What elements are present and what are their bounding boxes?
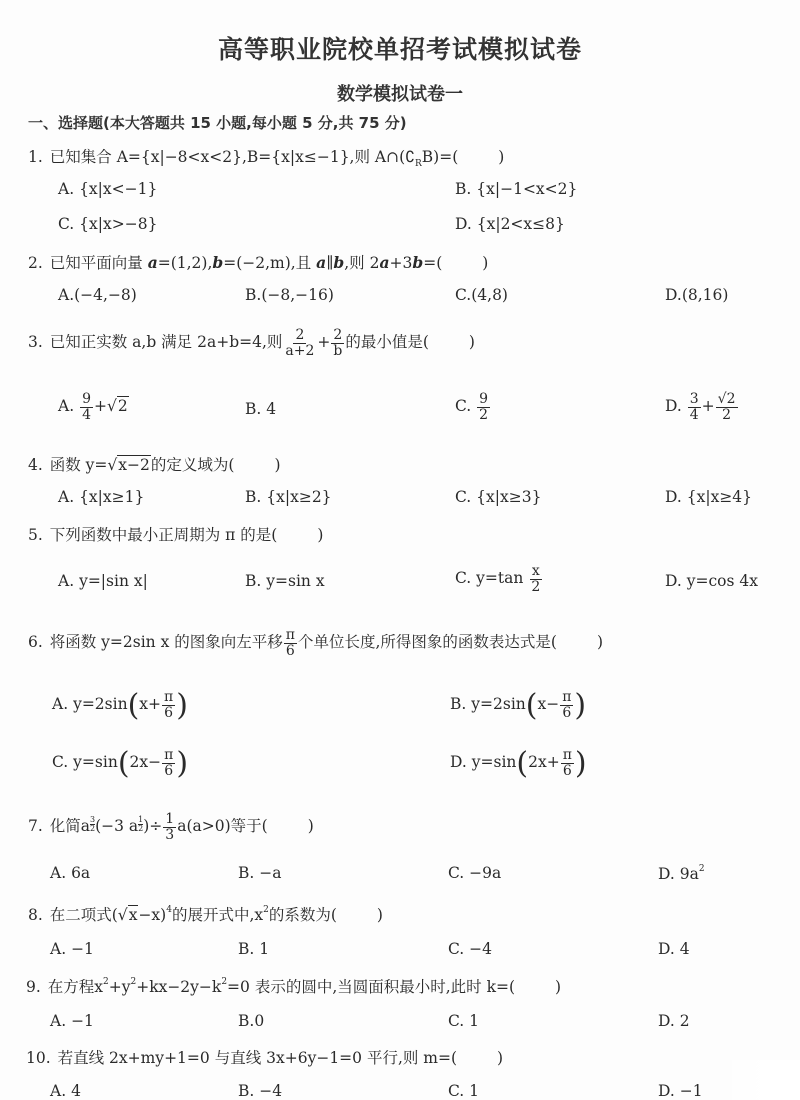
option-inner: 2x− (130, 753, 162, 771)
option-text: 0 (254, 1012, 264, 1030)
option-label: B. (245, 286, 261, 304)
option-text: 4 (71, 1082, 81, 1100)
superscript: 2 (699, 864, 705, 874)
denominator: b (331, 344, 344, 359)
q10-option-b: B. −4 (238, 1082, 282, 1100)
question-2: 2. 已知平面向量 a=(1,2),b=(−2,m),且 a∥b,则 2a+3b… (28, 251, 488, 273)
question-stem-end: =0 表示的圆中,当圆面积最小时,此时 k=( (227, 978, 515, 996)
question-number: 8. (28, 906, 43, 924)
option-label: D. (665, 286, 682, 304)
option-text: −4 (469, 940, 492, 958)
stem-part: )÷ (143, 817, 162, 835)
q8-option-a: A. −1 (50, 940, 94, 958)
stem-part: =(−2,m),且 (223, 254, 311, 272)
option-label: D. (658, 940, 675, 958)
question-number: 7. (28, 817, 43, 835)
q5-option-c: C. y=tan x2 (455, 564, 543, 594)
denominator: 6 (560, 706, 573, 721)
denominator: a+2 (283, 344, 316, 359)
option-label: C. (52, 753, 68, 771)
exam-title: 高等职业院校单招考试模拟试卷 (0, 30, 800, 66)
option-func: y=2sin (73, 695, 128, 713)
question-stem-text: 下列函数中最小正周期为 π 的是( (50, 526, 278, 544)
option-label: D. (658, 1082, 675, 1100)
question-5: 5. 下列函数中最小正周期为 π 的是() (28, 523, 323, 545)
q8-option-c: C. −4 (448, 940, 492, 958)
option-label: B. (245, 572, 261, 590)
question-10: 10. 若直线 2x+my+1=0 与直线 3x+6y−1=0 平行,则 m=(… (26, 1046, 503, 1068)
question-stem-text: 将函数 y=2sin x 的图象向左平移 (50, 633, 283, 651)
option-label: A. (58, 397, 74, 415)
denominator: 6 (162, 764, 175, 779)
denominator: 6 (561, 764, 574, 779)
q8-option-b: B. 1 (238, 940, 269, 958)
option-label: A. (52, 695, 68, 713)
q4-option-a: A. {x|x≥1} (58, 488, 144, 506)
numerator: π (561, 748, 574, 764)
q1-option-b: B. {x|−1<x<2} (455, 180, 577, 198)
question-stem-text: 已知集合 (50, 148, 112, 166)
question-4: 4. 函数 y=√x−2的定义域为() (28, 453, 281, 475)
question-7: 7. 化简a32(−3 a12)÷13a(a>0)等于() (28, 812, 314, 842)
q6-option-d: D. y=sin(2x+π6) (450, 746, 587, 781)
q2-option-c: C.(4,8) (455, 286, 508, 304)
stem-part: (−3 a (95, 817, 138, 835)
option-func: y=sin (73, 753, 118, 771)
numerator: π (560, 690, 573, 706)
fraction: 94 (80, 392, 93, 422)
option-text: y=tan (476, 569, 523, 587)
question-9: 9. 在方程x2+y2+kx−2y−k2=0 表示的圆中,当圆面积最小时,此时 … (26, 975, 561, 997)
option-label: D. (658, 1012, 675, 1030)
q9-option-c: C. 1 (448, 1012, 479, 1030)
question-stem-end: B)=( (422, 148, 458, 166)
q4-option-b: B. {x|x≥2} (245, 488, 332, 506)
option-label: C. (455, 569, 471, 587)
option-label: B. (455, 180, 471, 198)
option-text: 4 (680, 940, 690, 958)
question-stem-end: 个单位长度,所得图象的函数表达式是( (298, 633, 557, 651)
vector-a: a (316, 253, 326, 272)
option-label: C. (448, 940, 464, 958)
stem-part: −x) (138, 906, 166, 924)
option-label: D. (665, 488, 682, 506)
denominator: 3 (163, 828, 176, 843)
question-stem-end: 的最小值是( (345, 333, 429, 351)
option-text: y=cos 4x (687, 572, 758, 590)
option-label: A. (58, 286, 74, 304)
option-text: (4,8) (471, 286, 508, 304)
option-inner: 2x+ (528, 753, 560, 771)
option-text: −1 (71, 1012, 94, 1030)
stem-part: +3 (390, 254, 413, 272)
vector-a: a (379, 253, 389, 272)
option-label: C. (455, 286, 471, 304)
option-text: {x|2<x≤8} (477, 215, 565, 233)
option-text: {x|x<−1} (79, 180, 157, 198)
q2-option-d: D.(8,16) (665, 286, 728, 304)
photo-glare (720, 1060, 800, 1100)
option-label: C. (448, 864, 464, 882)
option-label: B. (245, 488, 261, 506)
fraction: 2b (331, 328, 344, 358)
q10-option-d: D. −1 (658, 1082, 703, 1100)
q8-option-d: D. 4 (658, 940, 690, 958)
question-number: 3. (28, 333, 43, 351)
fraction: π6 (162, 690, 175, 720)
option-label: D. (665, 397, 682, 415)
option-label: B. (450, 695, 466, 713)
vector-b: b (333, 253, 344, 272)
option-text: 1 (469, 1012, 479, 1030)
vector-b: b (412, 253, 423, 272)
close-paren: ) (597, 633, 603, 651)
option-func: y=2sin (471, 695, 526, 713)
stem-part: =(1,2), (158, 254, 213, 272)
stem-part: 的展开式中,x (172, 906, 263, 924)
question-stem-text: 在方程x (48, 978, 103, 996)
option-text: 1 (469, 1082, 479, 1100)
close-paren: ) (555, 978, 561, 996)
option-text: 6a (71, 864, 90, 882)
option-label: A. (50, 940, 66, 958)
option-label: A. (50, 1012, 66, 1030)
q1-option-d: D. {x|2<x≤8} (455, 215, 565, 233)
numerator: 9 (80, 392, 93, 408)
close-paren: ) (317, 526, 323, 544)
option-label: D. (450, 753, 467, 771)
option-text: (8,16) (682, 286, 729, 304)
option-label: B. (238, 1082, 254, 1100)
question-stem-text: 已知平面向量 (50, 254, 143, 272)
denominator: 6 (162, 706, 175, 721)
question-number: 9. (26, 978, 41, 996)
option-label: D. (665, 572, 682, 590)
question-1: 1. 已知集合 A={x|−8<x<2},B={x|x≤−1},则 A∩(∁RB… (28, 145, 504, 169)
radicand: 2 (117, 396, 129, 415)
fraction: 13 (163, 812, 176, 842)
question-6: 6. 将函数 y=2sin x 的图象向左平移π6个单位长度,所得图象的函数表达… (28, 628, 603, 658)
question-stem-text: 已知正实数 a,b 满足 2a+b=4,则 (50, 333, 283, 351)
q3-option-c: C. 92 (455, 392, 491, 422)
numerator: π (284, 628, 297, 644)
denominator: 2 (529, 580, 542, 595)
option-text: {x|x>−8} (79, 215, 157, 233)
option-label: A. (58, 488, 74, 506)
close-paren: ) (497, 1049, 503, 1067)
vector-b: b (212, 253, 223, 272)
numerator: π (162, 748, 175, 764)
q3-option-d: D. 34+√22 (665, 392, 739, 422)
q2-option-a: A.(−4,−8) (58, 286, 137, 304)
numerator: 3 (688, 392, 701, 408)
q3-option-b: B. 4 (245, 400, 276, 418)
option-text: y=sin x (266, 572, 324, 590)
option-label: D. (658, 865, 675, 883)
close-paren: ) (482, 254, 488, 272)
fraction: π6 (561, 748, 574, 778)
option-text: 4 (266, 400, 276, 418)
option-label: A. (58, 572, 74, 590)
option-label: A. (50, 1082, 66, 1100)
question-stem-end: 的系数为( (269, 906, 337, 924)
option-text: 2 (680, 1012, 690, 1030)
option-text: {x|x≥2} (266, 488, 331, 506)
q5-option-b: B. y=sin x (245, 572, 325, 590)
q10-option-a: A. 4 (50, 1082, 81, 1100)
q10-option-c: C. 1 (448, 1082, 479, 1100)
radicand: x−2 (117, 455, 151, 474)
question-number: 10. (26, 1049, 51, 1067)
exam-page: 高等职业院校单招考试模拟试卷 数学模拟试卷一 一、选择题(本大答题共 15 小题… (0, 0, 800, 1100)
q9-option-d: D. 2 (658, 1012, 690, 1030)
option-label: C. (448, 1082, 464, 1100)
q7-option-a: A. 6a (50, 864, 90, 882)
denominator: 6 (284, 644, 297, 659)
option-label: D. (455, 215, 472, 233)
option-inner: x+ (139, 695, 161, 713)
exam-subtitle: 数学模拟试卷一 (0, 80, 800, 106)
fraction: π6 (284, 628, 297, 658)
numerator: π (162, 690, 175, 706)
option-text: −9a (469, 864, 501, 882)
close-paren: ) (308, 817, 314, 835)
stem-part: +kx−2y−k (136, 978, 221, 996)
close-paren: ) (274, 456, 280, 474)
vector-a: a (148, 253, 158, 272)
question-3: 3. 已知正实数 a,b 满足 2a+b=4,则2a+2+2b的最小值是() (28, 328, 475, 358)
question-number: 6. (28, 633, 43, 651)
option-label: C. (455, 488, 471, 506)
close-paren: ) (469, 333, 475, 351)
option-text: 1 (259, 940, 269, 958)
question-stem-text: 函数 y= (50, 456, 108, 474)
option-label: B. (238, 940, 254, 958)
close-paren: ) (377, 906, 383, 924)
denominator: 4 (80, 408, 93, 423)
option-label: C. (448, 1012, 464, 1030)
option-label: A. (50, 864, 66, 882)
q6-option-a: A. y=2sin(x+π6) (52, 688, 188, 723)
option-text: {x|x≥4} (687, 488, 752, 506)
numerator: 2 (331, 328, 344, 344)
option-text: y=|sin x| (79, 572, 148, 590)
q9-option-b: B.0 (238, 1012, 264, 1030)
fraction: x2 (529, 564, 542, 594)
fraction: 34 (688, 392, 701, 422)
plus-sign: + (94, 397, 107, 415)
plus-sign: + (702, 397, 715, 415)
fraction: π6 (560, 690, 573, 720)
q7-option-b: B. −a (238, 864, 282, 882)
numerator: √2 (716, 392, 738, 408)
q3-option-a: A. 94+√2 (58, 392, 129, 422)
option-text: 9a (680, 865, 699, 883)
stem-part: =( (423, 254, 442, 272)
denominator: 4 (688, 408, 701, 423)
option-label: C. (455, 397, 471, 415)
stem-part: +y (109, 978, 131, 996)
question-stem-end: a(a>0)等于( (177, 817, 267, 835)
fraction: 92 (477, 392, 490, 422)
option-label: B. (238, 864, 254, 882)
numerator: 1 (163, 812, 176, 828)
option-text: (−8,−16) (261, 286, 334, 304)
q7-option-c: C. −9a (448, 864, 501, 882)
question-stem-text: 在二项式( (50, 906, 118, 924)
fraction: π6 (162, 748, 175, 778)
option-text: −4 (259, 1082, 282, 1100)
question-number: 5. (28, 526, 43, 544)
fraction: √22 (716, 392, 738, 422)
q5-option-a: A. y=|sin x| (58, 572, 148, 590)
q9-option-a: A. −1 (50, 1012, 94, 1030)
q4-option-d: D. {x|x≥4} (665, 488, 752, 506)
complement-subscript: R (415, 159, 422, 169)
q1-option-a: A. {x|x<−1} (58, 180, 157, 198)
question-number: 1. (28, 148, 43, 166)
option-text: −a (259, 864, 281, 882)
option-inner: x− (537, 695, 559, 713)
option-text: {x|−1<x<2} (476, 180, 577, 198)
question-stem-math: A={x|−8<x<2},B={x|x≤−1},则 A∩(∁ (117, 148, 415, 166)
section-heading: 一、选择题(本大答题共 15 小题,每小题 5 分,共 75 分) (28, 112, 407, 133)
fraction: 2a+2 (283, 328, 316, 358)
option-text: {x|x≥3} (476, 488, 541, 506)
option-text: −1 (71, 940, 94, 958)
plus-sign: + (317, 333, 330, 351)
stem-part: ,则 2 (344, 254, 379, 272)
q1-option-c: C. {x|x>−8} (58, 215, 157, 233)
close-paren: ) (498, 148, 504, 166)
q5-option-d: D. y=cos 4x (665, 572, 758, 590)
question-8: 8. 在二项式(√x−x)4的展开式中,x2的系数为() (28, 903, 383, 925)
radicand: x (128, 905, 139, 924)
numerator: 9 (477, 392, 490, 408)
option-text: (−4,−8) (74, 286, 137, 304)
option-label: B. (245, 400, 261, 418)
denominator: 2 (477, 408, 490, 423)
denominator: 2 (720, 408, 733, 423)
q4-option-c: C. {x|x≥3} (455, 488, 541, 506)
q2-option-b: B.(−8,−16) (245, 286, 334, 304)
option-text: {x|x≥1} (79, 488, 144, 506)
q7-option-d: D. 9a2 (658, 864, 705, 883)
question-stem-text: 若直线 2x+my+1=0 与直线 3x+6y−1=0 平行,则 m=( (58, 1049, 457, 1067)
option-label: B. (238, 1012, 254, 1030)
option-label: C. (58, 215, 74, 233)
option-text: −1 (680, 1082, 703, 1100)
question-number: 4. (28, 456, 43, 474)
question-stem-text: 化简a (50, 817, 90, 835)
q6-option-b: B. y=2sin(x−π6) (450, 688, 586, 723)
question-number: 2. (28, 254, 43, 272)
q6-option-c: C. y=sin(2x−π6) (52, 746, 188, 781)
numerator: 2 (293, 328, 306, 344)
numerator: x (530, 564, 542, 580)
option-label: A. (58, 180, 74, 198)
question-stem-end: 的定义域为( (151, 456, 235, 474)
option-func: y=sin (472, 753, 517, 771)
